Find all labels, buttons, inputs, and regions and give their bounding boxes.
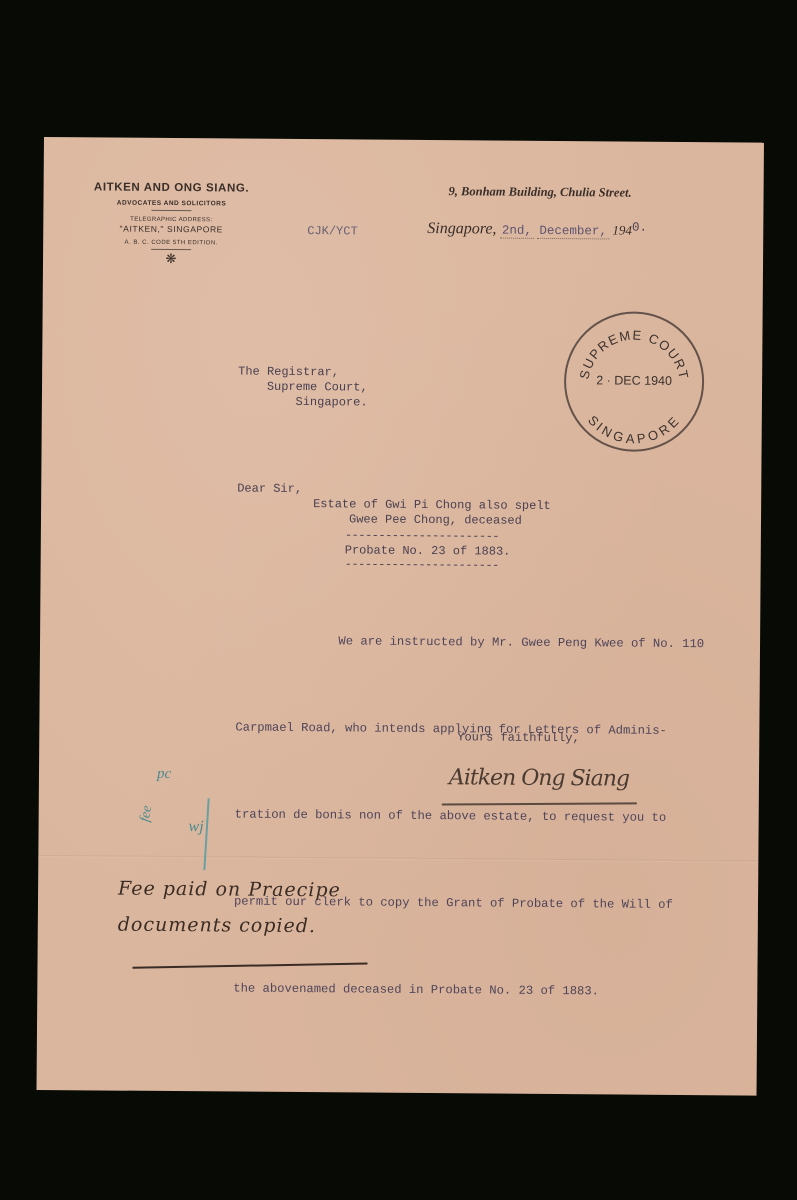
date-year-printed: 194 xyxy=(612,222,632,237)
probate-reference: Probate No. 23 of 1883. xyxy=(345,543,511,558)
addressee-line: The Registrar, xyxy=(238,365,368,381)
reference-code: CJK/YCT xyxy=(307,224,358,238)
addressee-line: Supreme Court, xyxy=(238,380,368,396)
code-edition: A. B. C. CODE 5TH EDITION. xyxy=(81,239,261,246)
date-day: 2nd, xyxy=(500,224,534,239)
body-line: the abovenamed deceased in Probate No. 2… xyxy=(233,975,701,1008)
dateline: Singapore, 2nd, December, 1940. xyxy=(427,220,647,240)
firm-address: 9, Bonham Building, Chulia Street. xyxy=(449,184,632,200)
blue-pencil-note: fee xyxy=(138,804,157,823)
blue-pencil-stroke xyxy=(203,798,209,870)
addressee: The Registrar, Supreme Court, Singapore. xyxy=(238,365,368,411)
subject: Estate of Gwi Pi Chong also spelt Gwee P… xyxy=(313,497,551,529)
ornament-icon: ❋ xyxy=(81,250,261,267)
firm-subtitle: ADVOCATES AND SOLICITORS xyxy=(81,199,261,207)
date-place: Singapore, xyxy=(427,220,496,238)
svg-text:SINGAPORE: SINGAPORE xyxy=(585,412,683,446)
stamp-date: 2 · DEC 1940 xyxy=(566,373,702,388)
letter-page: AITKEN AND ONG SIANG. ADVOCATES AND SOLI… xyxy=(37,137,764,1096)
addressee-line: Singapore. xyxy=(238,395,368,411)
date-month: December, xyxy=(537,224,609,240)
subject-line: Gwee Pee Chong, deceased xyxy=(313,512,551,529)
divider xyxy=(151,210,191,211)
letterhead: AITKEN AND ONG SIANG. ADVOCATES AND SOLI… xyxy=(81,181,262,267)
body-line: tration de bonis non of the above estate… xyxy=(235,801,703,834)
closing: Yours faithfully, xyxy=(457,730,580,745)
blue-pencil-note: pc xyxy=(157,766,171,783)
handwritten-note: Fee paid on Praecipe xyxy=(118,878,341,902)
salutation: Dear Sir, xyxy=(237,482,302,498)
telegraphic-address: "AITKEN," SINGAPORE xyxy=(81,223,261,234)
stamp-bottom-text: SINGAPORE xyxy=(585,412,683,446)
blue-pencil-note: wj xyxy=(189,818,204,836)
signature: Aitken Ong Siang xyxy=(449,765,629,791)
firm-name: AITKEN AND ONG SIANG. xyxy=(82,181,262,194)
date-year-typed: 0. xyxy=(632,221,647,235)
dashed-rule: ----------------------- xyxy=(345,529,499,542)
handwritten-note: documents copied. xyxy=(118,914,316,938)
body-line: We are instructed by Mr. Gwee Peng Kwee … xyxy=(236,627,704,660)
court-stamp: SUPREME COURT SINGAPORE 2 · DEC 1940 xyxy=(564,311,705,452)
letter-body: We are instructed by Mr. Gwee Peng Kwee … xyxy=(233,569,705,1066)
